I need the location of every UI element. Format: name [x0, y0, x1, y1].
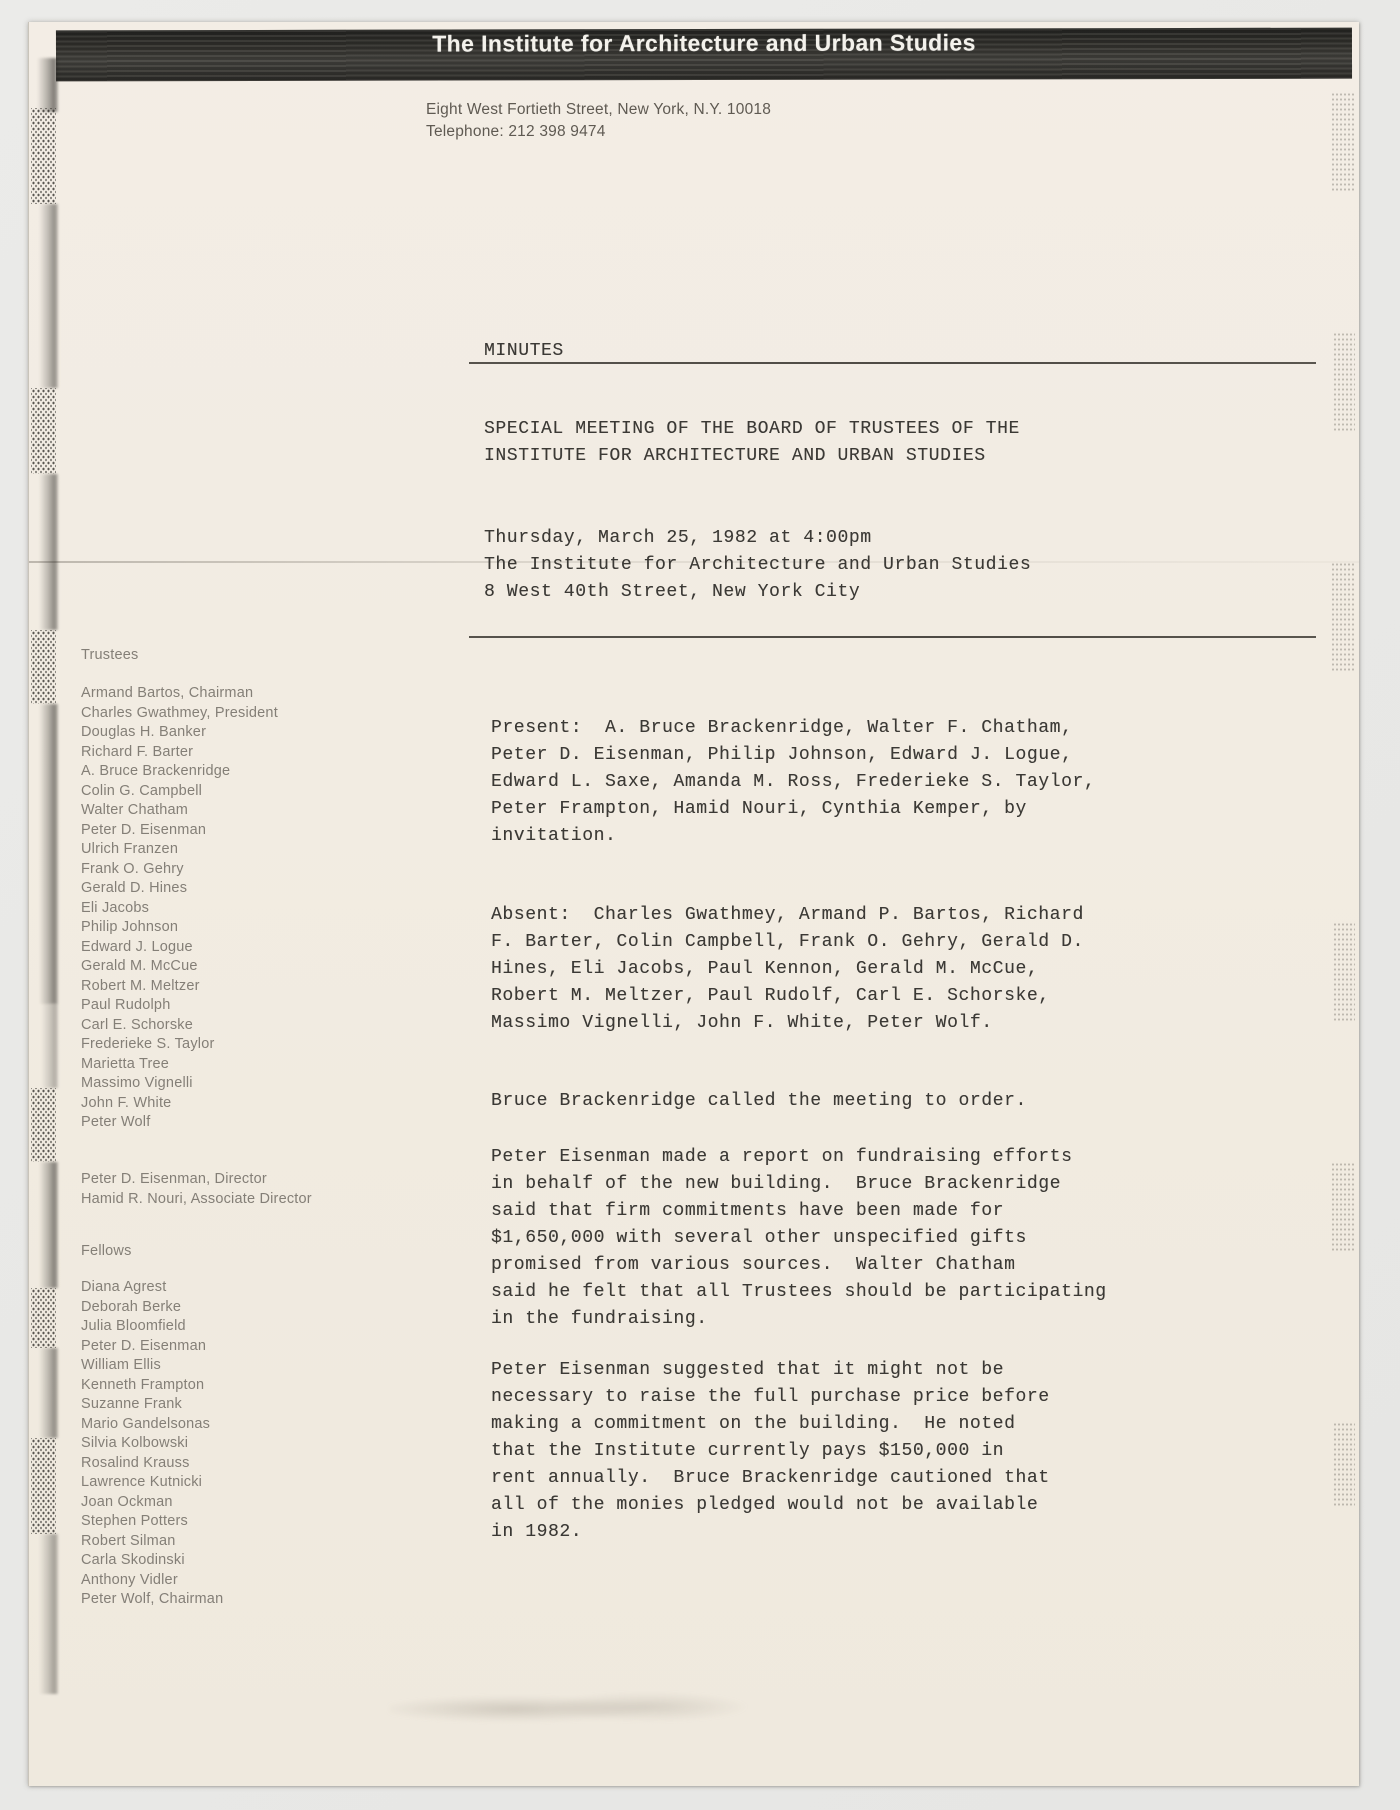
- bleed-through-smudge: [389, 1688, 749, 1730]
- trustees-list: Armand Bartos, Chairman Charles Gwathmey…: [81, 684, 278, 1133]
- absent-paragraph: Absent: Charles Gwathmey, Armand P. Bart…: [491, 902, 1084, 1037]
- document-page: The Institute for Architecture and Urban…: [28, 22, 1359, 1786]
- heading-rule: [469, 362, 1316, 364]
- scan-smudge: [39, 204, 58, 388]
- scan-smudge: [39, 1162, 58, 1288]
- binding-dots: [31, 388, 56, 474]
- scan-smudge: [39, 1534, 58, 1694]
- scan-smudge: [37, 58, 58, 112]
- meeting-title: SPECIAL MEETING OF THE BOARD OF TRUSTEES…: [484, 416, 1020, 470]
- section-rule: [469, 636, 1316, 638]
- fellows-list: Diana Agrest Deborah Berke Julia Bloomfi…: [81, 1278, 223, 1610]
- binding-dots: [31, 108, 56, 204]
- scan-smudge: [41, 1004, 58, 1088]
- trustees-heading: Trustees: [81, 646, 138, 666]
- binding-dots: [31, 1088, 56, 1162]
- edge-marks: [1331, 562, 1355, 672]
- edge-marks: [1331, 92, 1355, 192]
- edge-marks: [1333, 332, 1355, 432]
- minutes-heading: MINUTES: [484, 338, 564, 365]
- scan-smudge: [39, 704, 58, 1004]
- edge-marks: [1333, 922, 1355, 1022]
- purchase-paragraph: Peter Eisenman suggested that it might n…: [491, 1357, 1050, 1546]
- binding-dots: [31, 630, 56, 704]
- letterhead-address: Eight West Fortieth Street, New York, N.…: [426, 99, 771, 143]
- edge-marks: [1333, 1422, 1355, 1507]
- scan-smudge: [39, 474, 58, 630]
- letterhead-banner: The Institute for Architecture and Urban…: [56, 28, 1352, 82]
- binding-dots: [31, 1438, 56, 1534]
- officers-list: Peter D. Eisenman, Director Hamid R. Nou…: [81, 1170, 312, 1209]
- scan-smudge: [39, 1348, 58, 1438]
- fellows-heading: Fellows: [81, 1242, 132, 1262]
- present-paragraph: Present: A. Bruce Brackenridge, Walter F…: [491, 715, 1095, 850]
- institute-name: The Institute for Architecture and Urban…: [432, 29, 976, 57]
- binding-strip: [29, 22, 58, 1786]
- fundraising-paragraph: Peter Eisenman made a report on fundrais…: [491, 1144, 1107, 1333]
- binding-dots: [31, 1288, 56, 1348]
- edge-marks: [1331, 1162, 1355, 1252]
- meeting-info: Thursday, March 25, 1982 at 4:00pm The I…: [484, 525, 1031, 606]
- call-to-order-line: Bruce Brackenridge called the meeting to…: [491, 1088, 1027, 1115]
